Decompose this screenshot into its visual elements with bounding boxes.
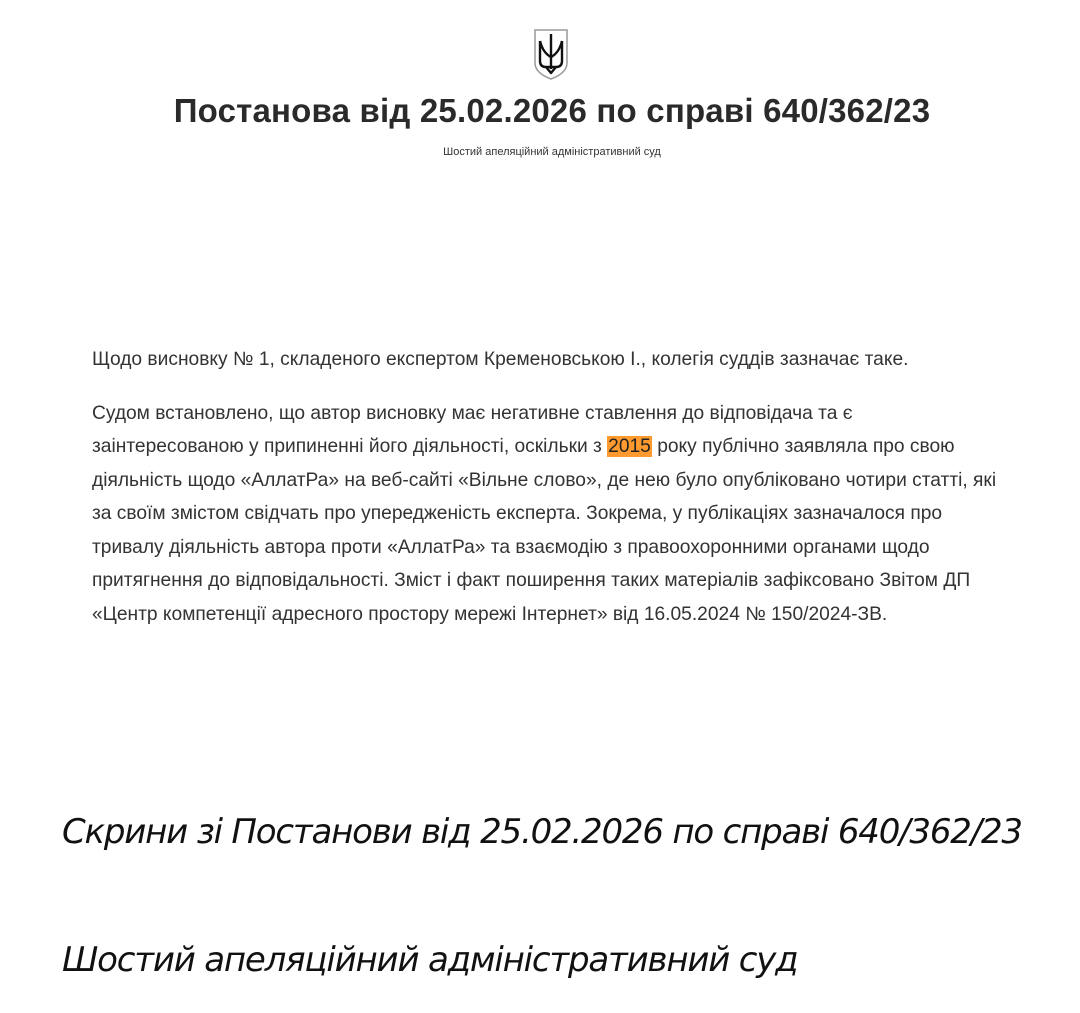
paragraph-2: Судом встановлено, що автор висновку має… — [92, 397, 997, 632]
paragraph-2-text-cont: року публічно заявляла про свою діяльніс… — [92, 436, 996, 625]
caption-title: Скрини зі Постанови від 25.02.2026 по сп… — [62, 806, 1042, 859]
paragraph-1: Щодо висновку № 1, складеного експертом … — [92, 343, 997, 377]
court-name: Шостий апеляційний адміністративний суд — [0, 146, 1080, 158]
document-body: Щодо висновку № 1, складеного експертом … — [92, 343, 997, 651]
search-highlight: 2015 — [607, 436, 652, 457]
trident-emblem-icon — [531, 27, 571, 81]
caption-court: Шостий апеляційний адміністративний суд — [62, 940, 797, 980]
page-title: Постанова від 25.02.2026 по справі 640/3… — [0, 92, 1080, 130]
